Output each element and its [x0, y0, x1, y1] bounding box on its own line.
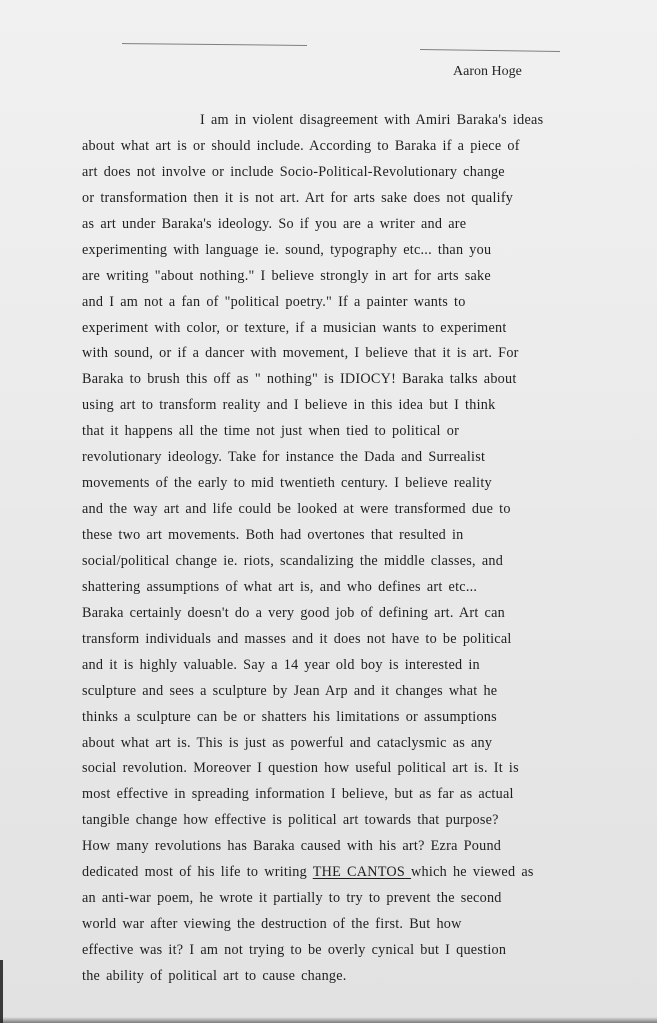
essay-line: transform individuals and masses and it … — [82, 627, 582, 653]
essay-line: dedicated most of his life to writing TH… — [82, 860, 582, 886]
essay-line: as art under Baraka's ideology. So if yo… — [82, 212, 582, 238]
essay-line: How many revolutions has Baraka caused w… — [82, 834, 582, 860]
essay-body: I am in violent disagreement with Amiri … — [82, 108, 582, 990]
essay-line-start: dedicated most of his life to writing — [82, 864, 313, 880]
essay-line: these two art movements. Both had overto… — [82, 523, 582, 549]
essay-line: movements of the early to mid twentieth … — [82, 471, 582, 497]
author-name: Aaron Hoge — [453, 64, 522, 80]
essay-line: Baraka certainly doesn't do a very good … — [82, 601, 582, 627]
essay-line: about what art is or should include. Acc… — [82, 134, 582, 160]
essay-line: experiment with color, or texture, if a … — [82, 316, 582, 342]
essay-line: art does not involve or include Socio-Po… — [82, 160, 582, 186]
essay-line: with sound, or if a dancer with movement… — [82, 341, 582, 367]
essay-line: and it is highly valuable. Say a 14 year… — [82, 653, 582, 679]
essay-line: shattering assumptions of what art is, a… — [82, 575, 582, 601]
essay-line: and the way art and life could be looked… — [82, 497, 582, 523]
essay-line: experimenting with language ie. sound, t… — [82, 238, 582, 264]
essay-line: social/political change ie. riots, scand… — [82, 549, 582, 575]
essay-line: and I am not a fan of "political poetry.… — [82, 290, 582, 316]
essay-line: revolutionary ideology. Take for instanc… — [82, 445, 582, 471]
essay-line: an anti-war poem, he wrote it partially … — [82, 886, 582, 912]
essay-line: social revolution. Moreover I question h… — [82, 756, 582, 782]
essay-line: or transformation then it is not art. Ar… — [82, 186, 582, 212]
essay-line: sculpture and sees a sculpture by Jean A… — [82, 679, 582, 705]
essay-line: effective was it? I am not trying to be … — [82, 938, 582, 964]
essay-line: most effective in spreading information … — [82, 782, 582, 808]
essay-line: world war after viewing the destruction … — [82, 912, 582, 938]
essay-line: about what art is. This is just as power… — [82, 731, 582, 757]
essay-line: Baraka to brush this off as " nothing" i… — [82, 367, 582, 393]
essay-line: the ability of political art to cause ch… — [82, 964, 582, 990]
essay-line: thinks a sculpture can be or shatters hi… — [82, 705, 582, 731]
essay-line: are writing "about nothing." I believe s… — [82, 264, 582, 290]
underlined-title: THE CANTOS — [313, 864, 405, 880]
essay-line-end: which he viewed as — [411, 864, 534, 880]
header-rule-left — [122, 43, 307, 46]
essay-line: I am in violent disagreement with Amiri … — [82, 108, 582, 134]
essay-line: that it happens all the time not just wh… — [82, 419, 582, 445]
document-page: Aaron Hoge I am in violent disagreement … — [0, 0, 657, 1023]
page-edge-shadow — [0, 960, 3, 1023]
essay-line: tangible change how effective is politic… — [82, 808, 582, 834]
essay-line: using art to transform reality and I bel… — [82, 393, 582, 419]
header-rule-right — [420, 49, 560, 52]
